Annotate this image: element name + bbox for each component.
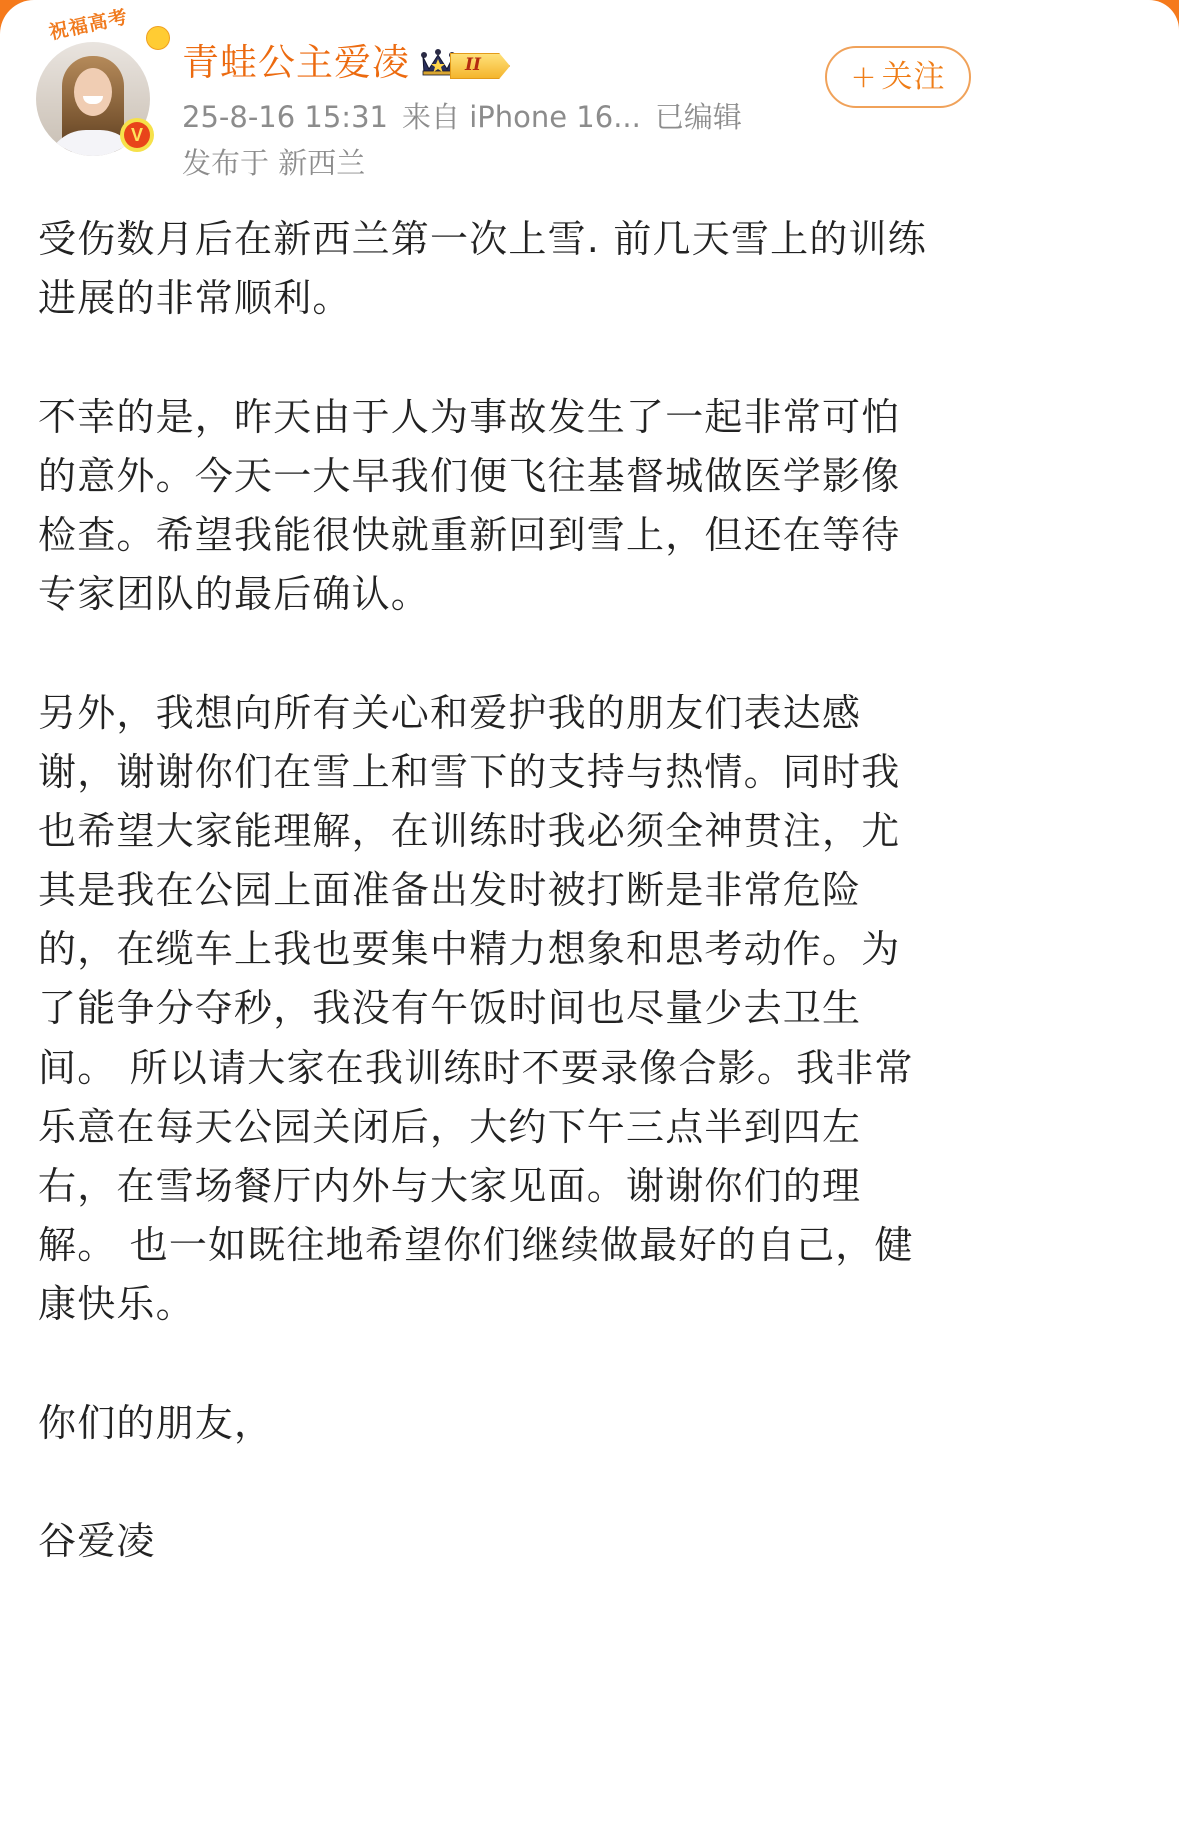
author-name[interactable]: 青蛙公主爱凌 [182,38,410,88]
body-line: 间。 所以请大家在我训练时不要录像合影。我非常 [38,1039,1148,1098]
edited-label[interactable]: 已编辑 [655,100,742,134]
body-line: 进展的非常顺利。 [38,269,1148,328]
paragraph-gap [38,1453,1148,1512]
body-line: 检查。希望我能很快就重新回到雪上，但还在等待 [38,506,1148,565]
signoff-line: 你们的朋友， [38,1394,1148,1453]
weibo-post-card: 祝福高考 V 青蛙公主爱凌 II 25-8-16 15:31来自 iPh [0,0,1179,1828]
verified-badge-icon: V [120,118,154,152]
body-line: 其是我在公园上面准备出发时被打断是非常危险 [38,861,1148,920]
body-line: 也希望大家能理解，在训练时我必须全神贯注，尤 [38,802,1148,861]
avatar-face [74,68,112,116]
avatar-sticker-text: 祝福高考 [46,2,130,45]
vip-level-tag: II [450,53,510,79]
body-line: 解。 也一如既往地希望你们继续做最好的自己，健 [38,1216,1148,1275]
vip-badge[interactable]: II [420,45,520,81]
body-line: 了能争分夺秒，我没有午饭时间也尽量少去卫生 [38,979,1148,1038]
body-line: 乐意在每天公园关闭后，大约下午三点半到四左 [38,1098,1148,1157]
emoji-icon [146,26,170,50]
paragraph-gap [38,328,1148,387]
body-line: 专家团队的最后确认。 [38,565,1148,624]
body-line: 另外，我想向所有关心和爱护我的朋友们表达感 [38,684,1148,743]
body-line: 康快乐。 [38,1275,1148,1334]
signature: 谷爱凌 [38,1512,1148,1571]
paragraph-gap [38,624,1148,683]
vip-level: II [465,55,481,75]
body-line: 不幸的是，昨天由于人为事故发生了一起非常可怕 [38,388,1148,447]
body-line: 的，在缆车上我也要集中精力想象和思考动作。为 [38,920,1148,979]
author-avatar-area[interactable]: 祝福高考 V [28,10,178,160]
post-source: 来自 iPhone 16... [402,100,641,134]
post-meta: 25-8-16 15:31来自 iPhone 16...已编辑 [182,97,756,137]
paragraph-gap [38,1335,1148,1394]
post-location: 发布于 新西兰 [182,143,365,183]
follow-button-label: 关注 [881,59,945,95]
post-timestamp: 25-8-16 15:31 [182,100,388,134]
body-line: 的意外。今天一大早我们便飞往基督城做医学影像 [38,447,1148,506]
follow-button[interactable]: +关注 [825,46,971,108]
body-line: 谢，谢谢你们在雪上和雪下的支持与热情。同时我 [38,743,1148,802]
body-line: 受伤数月后在新西兰第一次上雪. 前几天雪上的训练 [38,210,1148,269]
post-body: 受伤数月后在新西兰第一次上雪. 前几天雪上的训练 进展的非常顺利。 不幸的是，昨… [38,210,1148,1571]
plus-icon: + [851,59,878,95]
verified-badge-label: V [124,122,150,148]
body-line: 右，在雪场餐厅内外与大家见面。谢谢你们的理 [38,1157,1148,1216]
